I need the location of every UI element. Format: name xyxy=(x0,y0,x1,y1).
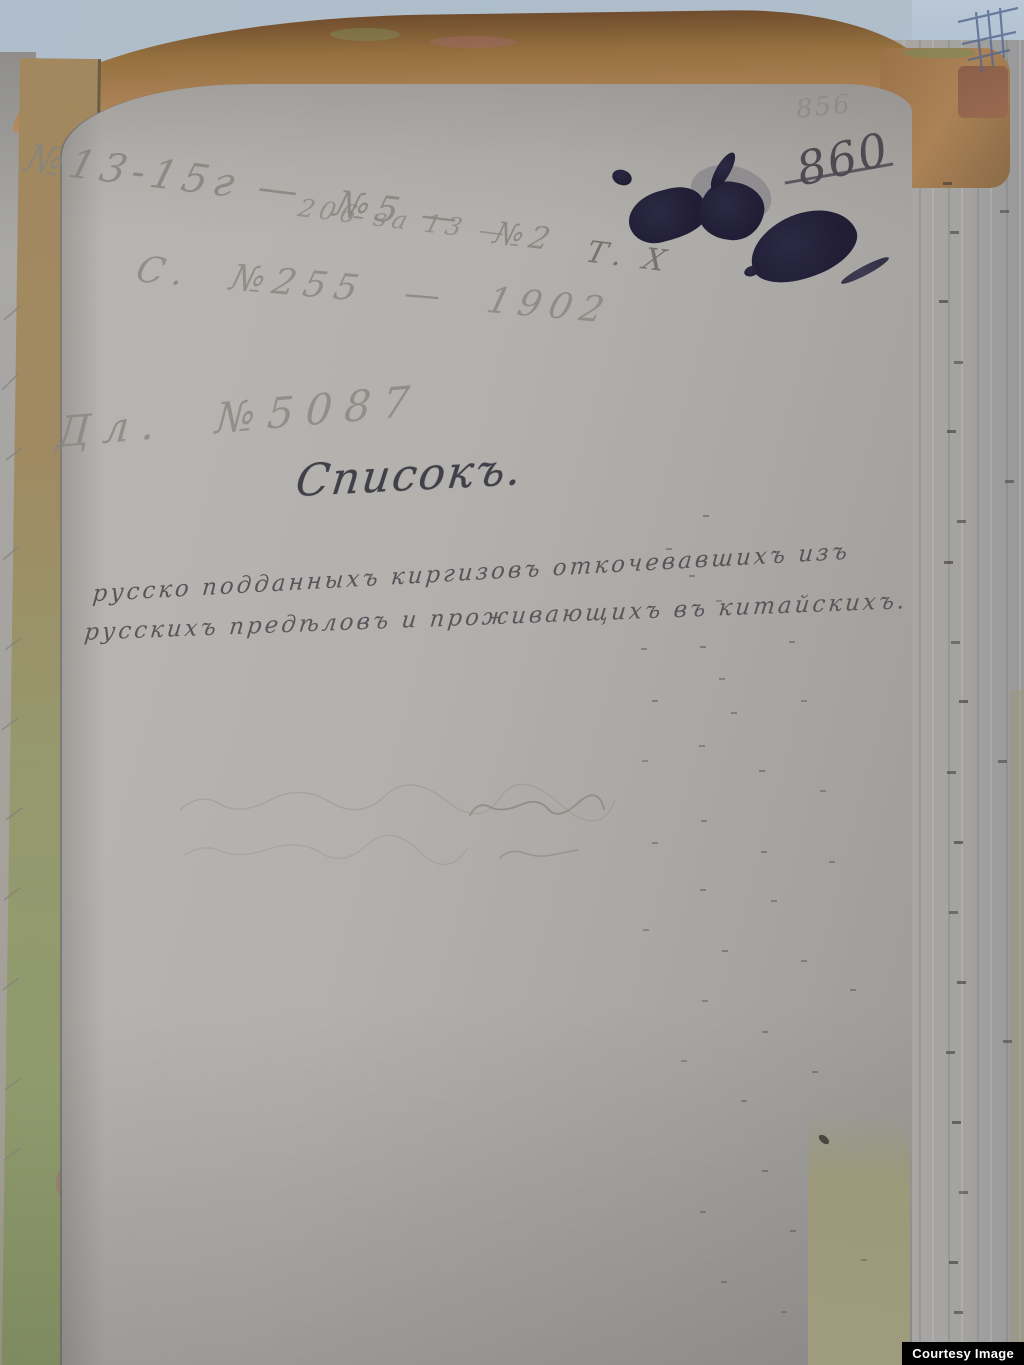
faint-pencil-scribbles xyxy=(170,770,710,880)
page-edge-ink-ticks xyxy=(0,0,9,3)
page-number-faint: 856 xyxy=(795,89,853,125)
olive-edge-strip xyxy=(1010,690,1024,1365)
underlying-page-marks xyxy=(0,300,32,1200)
blue-paper-scribbles xyxy=(930,0,1024,140)
book-edge-pink-tint xyxy=(430,36,516,48)
courtesy-watermark: Courtesy Image xyxy=(902,1342,1024,1365)
archive-photo: 856 860 №13-15г — №5 — №2 Т. Х 206 за 13… xyxy=(0,0,1024,1365)
book-edge-green-tint xyxy=(330,28,400,41)
olive-stain xyxy=(808,1110,910,1365)
